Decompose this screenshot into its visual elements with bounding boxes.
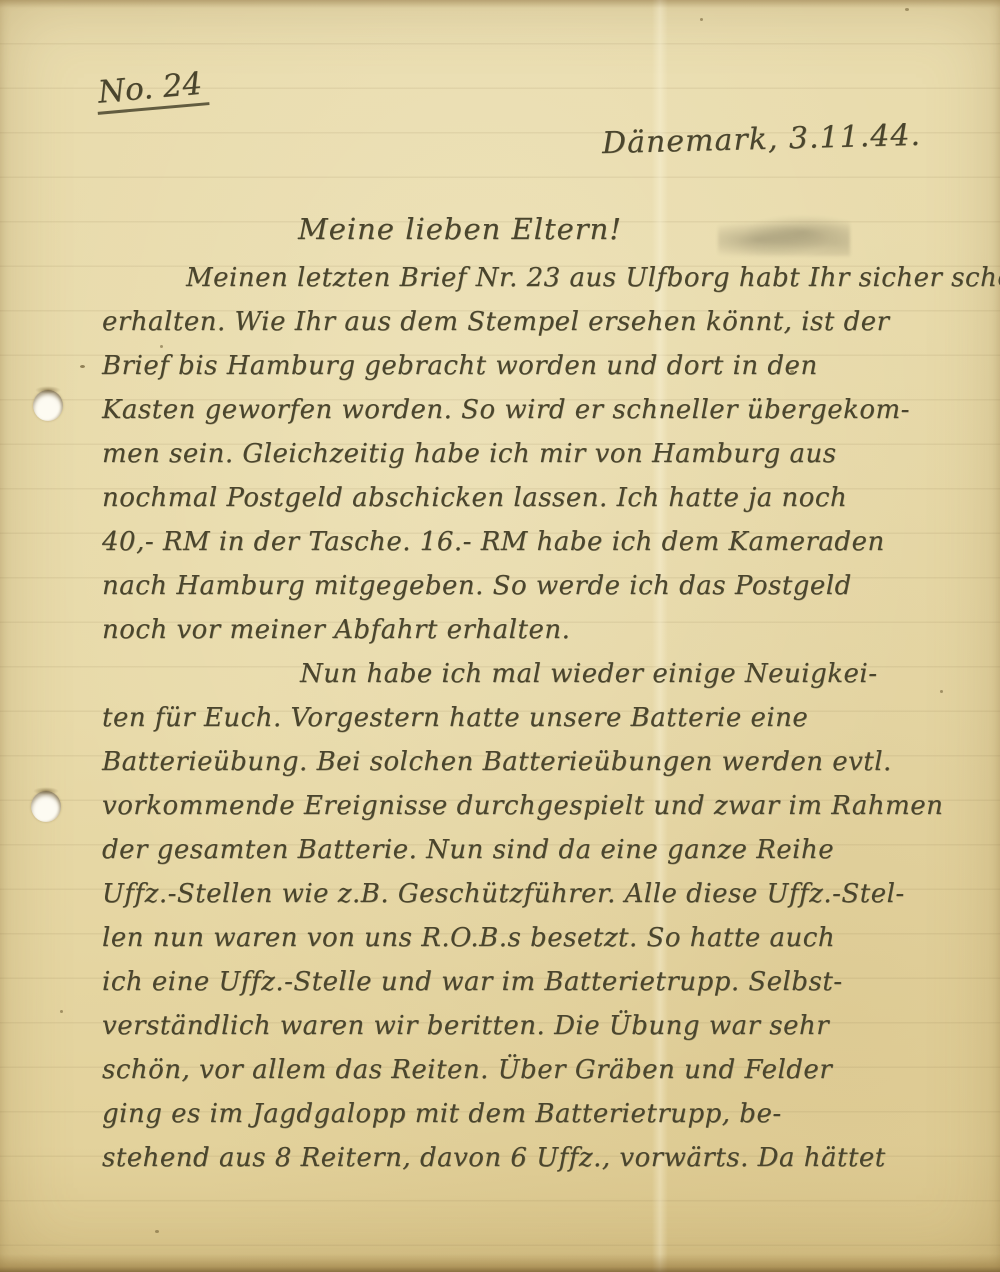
letter-line: noch vor meiner Abfahrt erhalten. — [102, 608, 962, 652]
letter-line: Uffz.-Stellen wie z.B. Geschützführer. A… — [102, 872, 962, 916]
salutation: Meine lieben Eltern! — [298, 212, 622, 246]
letter-line: ich eine Uffz.-Stelle und war im Batteri… — [102, 960, 962, 1004]
letter-line: Brief bis Hamburg gebracht worden und do… — [102, 344, 962, 388]
letter-line: men sein. Gleichzeitig habe ich mir von … — [102, 432, 962, 476]
letter-line: der gesamten Batterie. Nun sind da eine … — [102, 828, 962, 872]
letter-line: vorkommende Ereignisse durchgespielt und… — [102, 784, 962, 828]
letter-line: nochmal Postgeld abschicken lassen. Ich … — [102, 476, 962, 520]
dateline: Dänemark, 3.11.44. — [602, 118, 922, 161]
letter-body: Meinen letzten Brief Nr. 23 aus Ulfborg … — [102, 256, 962, 1180]
letter-line: 40,- RM in der Tasche. 16.- RM habe ich … — [102, 520, 962, 564]
letter-line: schön, vor allem das Reiten. Über Gräben… — [102, 1048, 962, 1092]
letter-line: Nun habe ich mal wieder einige Neuigkei- — [102, 652, 962, 696]
paragraph: Nun habe ich mal wieder einige Neuigkei-… — [102, 652, 962, 1180]
paper-speck — [700, 18, 703, 21]
letter-line: nach Hamburg mitgegeben. So werde ich da… — [102, 564, 962, 608]
paragraph: Meinen letzten Brief Nr. 23 aus Ulfborg … — [102, 256, 962, 652]
paper-speck — [155, 1230, 159, 1233]
letter-line: Batterieübung. Bei solchen Batterieübung… — [102, 740, 962, 784]
letter-line: erhalten. Wie Ihr aus dem Stempel ersehe… — [102, 300, 962, 344]
letter-line: ging es im Jagdgalopp mit dem Batterietr… — [102, 1092, 962, 1136]
paper-top-edge — [0, 0, 1000, 8]
paper-speck — [60, 1010, 63, 1013]
paper-bottom-edge — [0, 1254, 1000, 1272]
paper-speck — [80, 365, 85, 368]
punch-hole-top — [33, 390, 63, 421]
punch-hole-bottom — [31, 791, 61, 822]
letter-page: No. 24 Dänemark, 3.11.44. Meine lieben E… — [0, 0, 1000, 1272]
ink-smudge — [718, 216, 850, 256]
letter-line: Kasten geworfen worden. So wird er schne… — [102, 388, 962, 432]
paper-speck — [905, 8, 909, 11]
letter-line: len nun waren von uns R.O.B.s besetzt. S… — [102, 916, 962, 960]
letter-number: No. 24 — [94, 65, 209, 115]
letter-line: Meinen letzten Brief Nr. 23 aus Ulfborg … — [102, 256, 962, 300]
letter-line: verständlich waren wir beritten. Die Übu… — [102, 1004, 962, 1048]
letter-line: ten für Euch. Vorgestern hatte unsere Ba… — [102, 696, 962, 740]
letter-line: stehend aus 8 Reitern, davon 6 Uffz., vo… — [102, 1136, 962, 1180]
